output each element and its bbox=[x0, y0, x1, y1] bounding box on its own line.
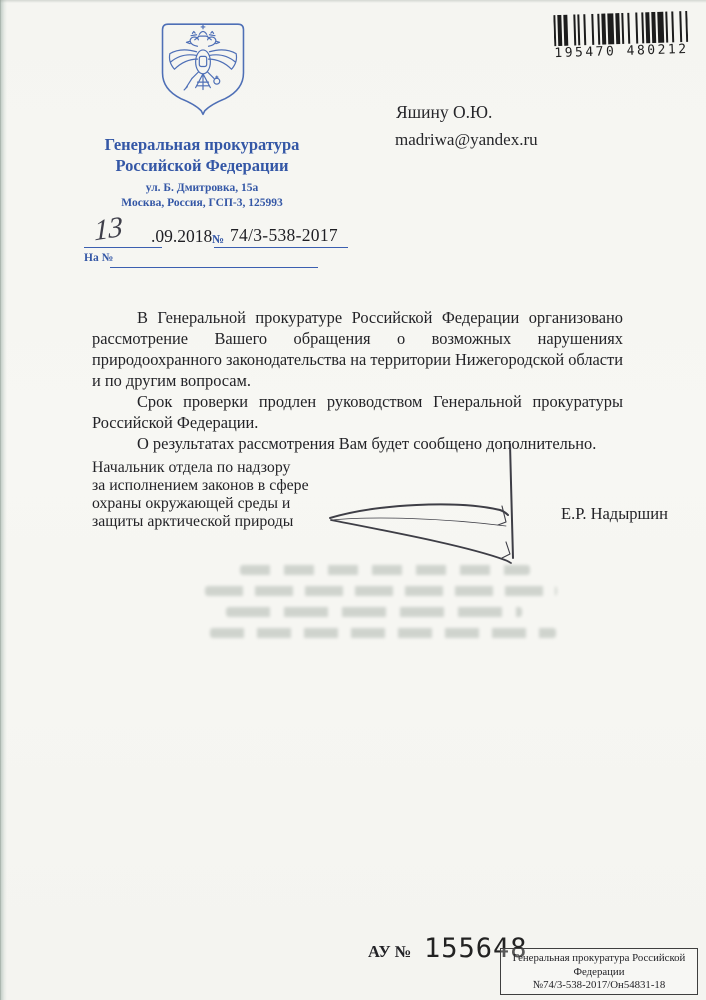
date-month-year: .09.2018 bbox=[151, 226, 212, 247]
signer-title-line: охраны окружающей среды и bbox=[92, 495, 309, 513]
bleed-through-text bbox=[226, 607, 522, 617]
bleed-through-text bbox=[240, 565, 530, 575]
stamp-line: №74/3-538-2017/Он54831-18 bbox=[501, 979, 697, 993]
stamp-line: Федерации bbox=[501, 966, 697, 980]
number-underline bbox=[214, 247, 348, 248]
org-name-line2: Российской Федерации bbox=[58, 155, 346, 176]
registry-label: АУ № bbox=[368, 942, 411, 962]
signer-title-line: за исполнением законов в сфере bbox=[92, 477, 309, 495]
outgoing-number: 74/3-538-2017 bbox=[230, 225, 338, 246]
handwritten-day: 13 bbox=[94, 211, 123, 249]
barcode-digits: 195470 480212 bbox=[551, 42, 691, 61]
scan-edge-top bbox=[0, 0, 706, 3]
signer-name: Е.Р. Надыршин bbox=[561, 504, 668, 524]
signer-title: Начальник отдела по надзору за исполнени… bbox=[92, 459, 309, 531]
org-address: ул. Б. Дмитровка, 15а Москва, Россия, ГС… bbox=[58, 181, 346, 210]
coat-of-arms-icon bbox=[157, 21, 249, 123]
signer-title-line: Начальник отдела по надзору bbox=[92, 459, 309, 477]
org-address-line1: ул. Б. Дмитровка, 15а bbox=[58, 181, 346, 196]
scanned-letter-page: 195470 480212 Генеральная прокуратура bbox=[0, 0, 706, 1000]
bleed-through-text bbox=[210, 628, 556, 638]
handwritten-signature bbox=[322, 430, 537, 570]
reply-to-underline bbox=[110, 267, 318, 268]
org-address-line2: Москва, Россия, ГСП-3, 125993 bbox=[58, 196, 346, 211]
date-underline bbox=[84, 247, 162, 248]
body-paragraph: В Генеральной прокуратуре Российской Фед… bbox=[92, 307, 623, 391]
body-paragraph: Срок проверки продлен руководством Генер… bbox=[92, 391, 623, 433]
stamp-line: Генеральная прокуратура Российской bbox=[501, 952, 697, 966]
registration-barcode: 195470 480212 bbox=[550, 11, 691, 61]
org-name-line1: Генеральная прокуратура bbox=[58, 134, 346, 155]
signer-title-line: защиты арктической природы bbox=[92, 513, 309, 531]
recipient-email: madriwa@yandex.ru bbox=[395, 130, 538, 150]
org-name: Генеральная прокуратура Российской Федер… bbox=[58, 134, 346, 176]
number-sign: № bbox=[212, 232, 224, 247]
reply-to-label: На № bbox=[84, 252, 113, 264]
registration-stamp: Генеральная прокуратура Российской Федер… bbox=[500, 948, 698, 995]
recipient-name: Яшину О.Ю. bbox=[396, 102, 492, 123]
bleed-through-text bbox=[205, 586, 557, 596]
scan-edge-left bbox=[0, 0, 7, 1000]
